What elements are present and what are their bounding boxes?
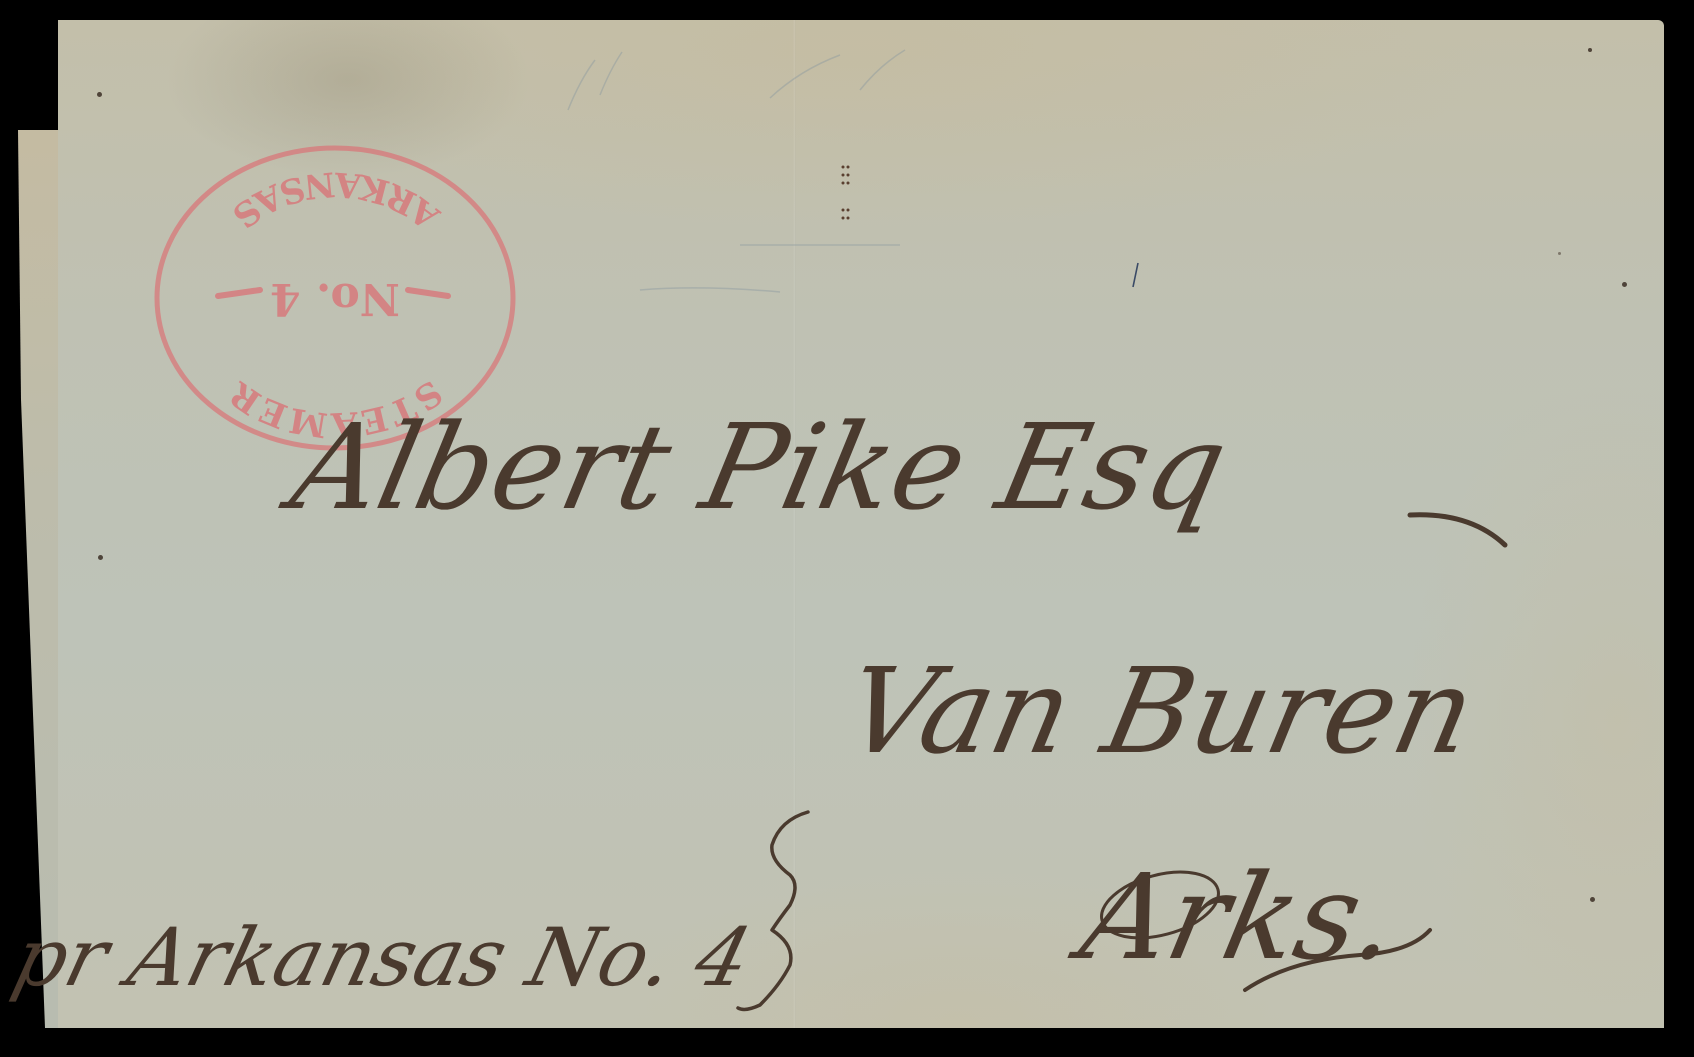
address-line-state: Arks. [1060,849,1410,986]
pencil-notations [568,50,905,292]
svg-text:ARKANSAS: ARKANSAS [223,163,448,237]
ink-tick-marks [842,166,1139,288]
endorsement-brace [738,812,808,1009]
markings-layer: STEAMER ARKANSAS No. 4 Albert Pike Esq V… [0,0,1694,1057]
address-line-city: Van Buren [834,643,1486,780]
photo-scene: STEAMER ARKANSAS No. 4 Albert Pike Esq V… [0,0,1694,1057]
address-block: Albert Pike Esq Van Buren Arks. [271,399,1505,990]
routing-endorsement: pr Arkansas No. 4 [5,812,808,1009]
handstamp-bottom-line: ARKANSAS [223,163,448,237]
endorsement-text: pr Arkansas No. 4 [5,912,760,1005]
handstamp-middle-line: No. 4 [270,273,400,324]
address-line-name: Albert Pike Esq [271,399,1238,536]
